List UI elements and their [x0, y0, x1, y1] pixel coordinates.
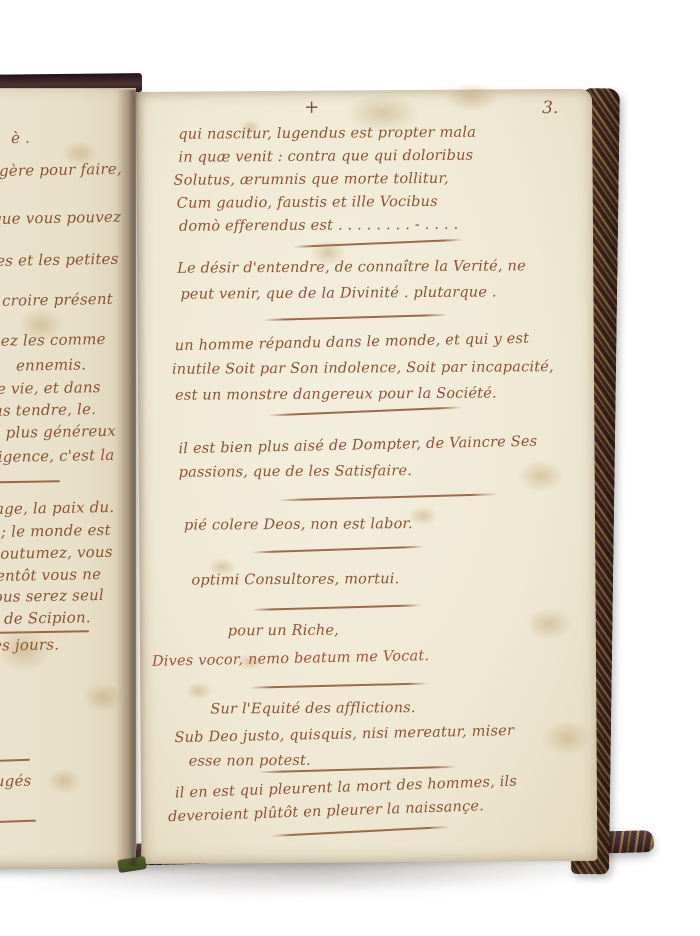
manuscript-line: in quæ venit : contra que qui doloribus [178, 149, 473, 166]
manuscript-line: domò efferendus est . . . . . . . . - . … [179, 218, 459, 234]
manuscript-fragment: vous serez seul [0, 588, 104, 605]
separator-rule [0, 759, 30, 764]
manuscript-line: Le désir d'entendre, de connaître la Ver… [177, 259, 526, 276]
manuscript-fragment: lus tendre, le. [0, 402, 96, 419]
manuscript-line: Solutus, ærumnis que morte tollitur, [174, 172, 449, 188]
manuscript-line: il est bien plus aisé de Dompter, de Vai… [178, 435, 537, 457]
open-manuscript-book-photo: è . angère pour faire, e que vous pouvez… [0, 0, 700, 936]
manuscript-fragment: angère pour faire, [0, 162, 122, 179]
left-page: è . angère pour faire, e que vous pouvez… [0, 88, 136, 869]
manuscript-line: peut venir, que de la Divinité . plutarq… [180, 285, 496, 302]
manuscript-fragment: accoutumez, vous [0, 545, 113, 562]
underline [0, 630, 89, 634]
manuscript-fragment: ennemis. [16, 357, 86, 373]
manuscript-line: il en est qui pleurent la mort des homme… [175, 775, 518, 801]
manuscript-fragment: les jours. [0, 637, 59, 653]
manuscript-line: est un monstre dangereux pour la Société… [175, 386, 497, 403]
manuscript-line: passions, que de les Satisfaire. [179, 464, 412, 480]
separator-rule [293, 239, 463, 248]
manuscript-line: Dives vocor, nemo beatum me Vocat. [152, 649, 430, 669]
manuscript-fragment: oses et les petites [0, 252, 119, 269]
separator-rule [271, 826, 449, 837]
folio-mark: + [304, 97, 319, 118]
separator-rule [250, 682, 428, 688]
manuscript-fragment: è . [11, 131, 30, 146]
manuscript-line: Cum gaudio, faustis et ille Vocibus [177, 195, 438, 211]
manuscript-fragment: y le plus généreux [0, 424, 116, 441]
separator-rule [264, 314, 448, 321]
manuscript-fragment: age, la paix du. [0, 500, 114, 517]
manuscript-line: qui nascitur, lugendus est propter mala [178, 126, 476, 143]
manuscript-line: Sub Deo justo, quisquis, nisi mereatur, … [174, 724, 514, 746]
right-page: + 3. qui nascitur, lugendus est propter … [136, 89, 597, 864]
manuscript-fragment: e vie, et dans [0, 380, 101, 397]
manuscript-line: pié colere Deos, non est labor. [184, 517, 413, 533]
manuscript-fragment: jugés [0, 774, 31, 790]
manuscript-line: inutile Soit par Son indolence, Soit par… [172, 360, 554, 377]
separator-rule [0, 820, 36, 825]
manuscript-line: optimi Consultores, mortui. [191, 572, 399, 588]
separator-rule [252, 546, 424, 554]
manuscript-fragment: e que vous pouvez [0, 210, 121, 227]
page-number: 3. [542, 98, 558, 118]
manuscript-fragment: de Scipion. [4, 610, 91, 627]
manuscript-fragment: ne ; le monde est [0, 523, 111, 540]
manuscript-fragment: entôt vous ne [0, 567, 101, 584]
manuscript-line: esse non potest. [189, 754, 311, 769]
manuscript-fragment: le croire présent [0, 292, 113, 309]
separator-rule [268, 406, 462, 416]
separator-rule [279, 493, 497, 501]
manuscript-fragment: dez les comme [0, 332, 106, 349]
separator-rule [252, 604, 422, 611]
separator-rule [0, 480, 60, 484]
manuscript-line: Sur l'Equité des afflictions. [210, 701, 415, 717]
manuscript-line: un homme répandu dans le monde, et qui y… [175, 332, 530, 354]
manuscript-fragment: digence, c'est la [0, 448, 114, 465]
manuscript-line: pour un Riche, [228, 624, 339, 639]
manuscript-line: deveroient plûtôt en pleurer la naissanç… [168, 799, 484, 825]
